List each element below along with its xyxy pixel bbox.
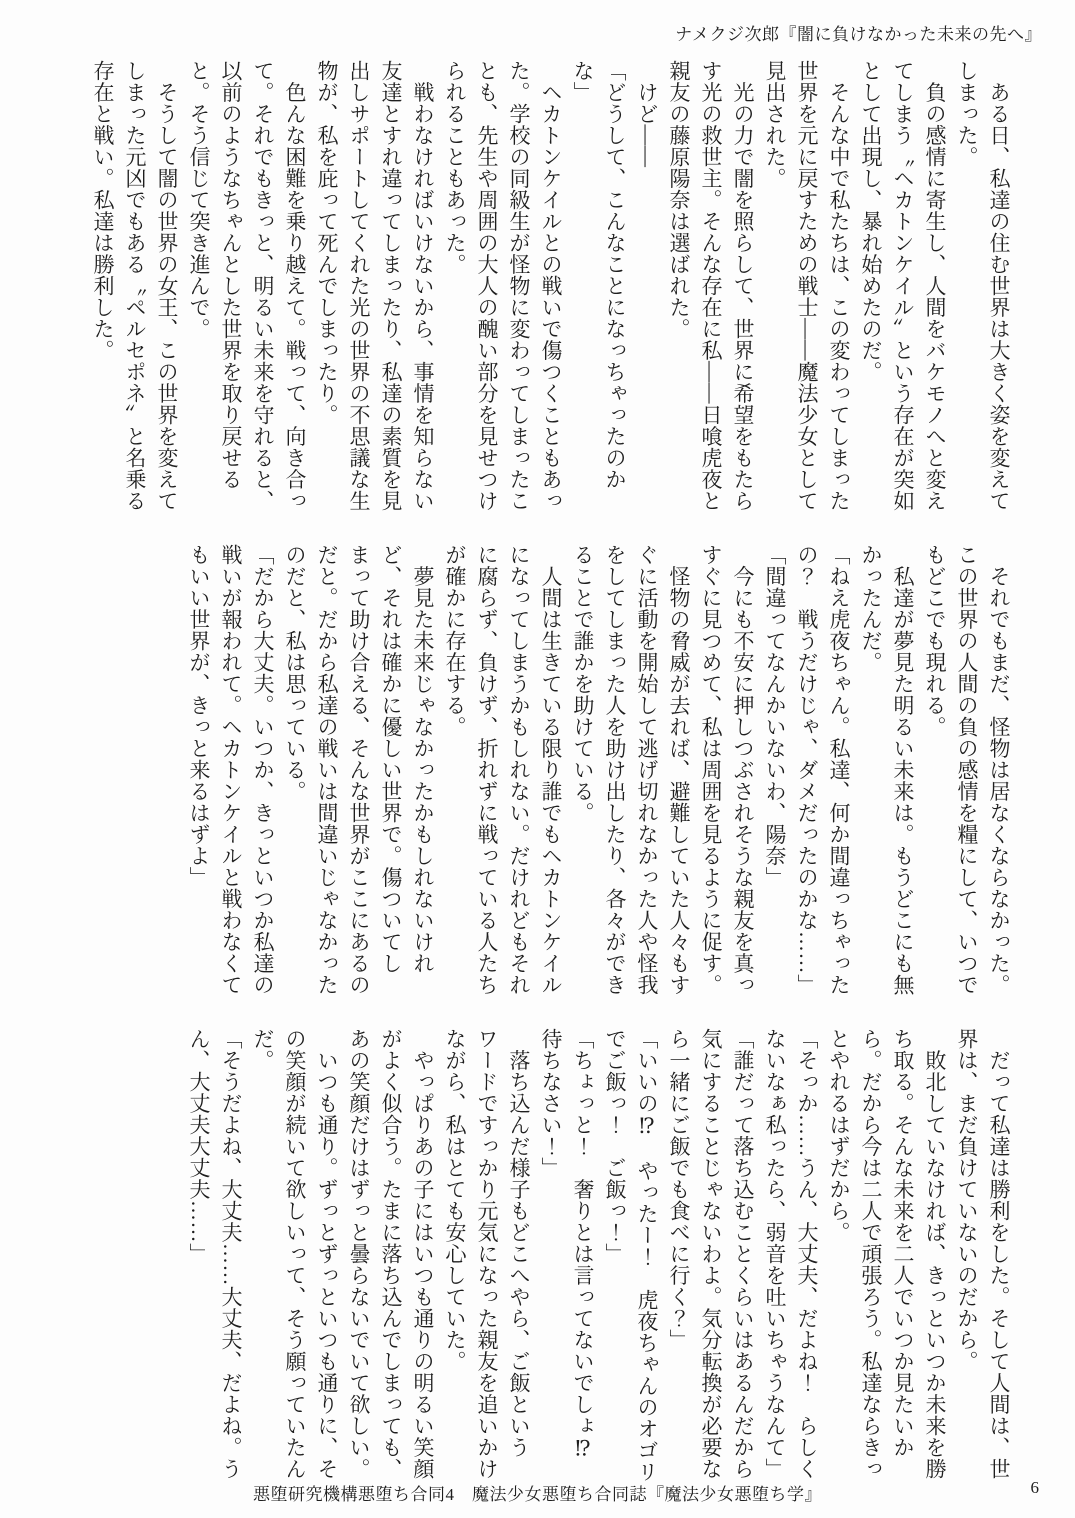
paragraph: それでもまだ、怪物は居なくならなかった。この世界の人間の負の感情を糧にして、いつ… <box>919 544 1015 1002</box>
paragraph: 「そうだよね、大丈夫……大丈夫、だよね。うん、大丈夫大丈夫……」 <box>183 1028 247 1486</box>
paragraph: 「間違ってなんかいないわ、陽奈」 <box>759 544 791 1002</box>
paragraph: 色んな困難を乗り越えて。戦って、向き合って。それでもきっと、明るい未来を守れると… <box>183 60 311 518</box>
paragraph: 私達が夢見た明るい未来は。もうどこにも無かったんだ。 <box>855 544 919 1002</box>
paragraph: けど―― <box>631 60 663 518</box>
paragraph: 夢見た未来じゃなかったかもしれないけれど、それは確かに優しい世界で。傷ついてしま… <box>279 544 439 1002</box>
paragraph: そんな中で私たちは、この変わってしまった世界を元に戻すための戦士――魔法少女とし… <box>759 60 855 518</box>
paragraph: 落ち込んだ様子もどこへやら、ご飯というワードですっかり元気になった親友を追いかけ… <box>439 1028 535 1486</box>
paragraph: 人間は生きている限り誰でもヘカトンケイルになってしまうかもしれない。だけれどもそ… <box>439 544 567 1002</box>
story-section-1: ある日、私達の住む世界は大きく姿を変えてしまった。 負の感情に寄生し、人間をバケ… <box>87 60 1015 518</box>
paragraph: 負の感情に寄生し、人間をバケモノへと変えてしまう〝ヘカトンケイル〟という存在が突… <box>855 60 951 518</box>
paragraph: 戦わなければいけないから、事情を知らない友達とすれ違ってしまったり、私達の素質を… <box>311 60 439 518</box>
paragraph: 光の力で闇を照らして、世界に希望をもたらす光の救世主。そんな存在に私――日喰虎夜… <box>663 60 759 518</box>
paragraph: 敗北していなければ、きっといつか未来を勝ち取る。そんな未来を二人でいつか見たいか… <box>823 1028 951 1486</box>
paragraph: 「どうして、こんなことになっちゃったのかな」 <box>567 60 631 518</box>
paragraph: ある日、私達の住む世界は大きく姿を変えてしまった。 <box>951 60 1015 518</box>
paragraph: いつも通り。ずっとずっといつも通りに、その笑顔が続いて欲しいって、そう願っていた… <box>247 1028 343 1486</box>
paragraph: 「だから大丈夫。いつか、きっといつか私達の戦いが報われて。ヘカトンケイルと戦わな… <box>183 544 279 1002</box>
paragraph: 「そっか……うん、大丈夫、だよね！ らしくないなぁ私ったら、弱音を吐いちゃうなん… <box>759 1028 823 1486</box>
story-section-3: だって私達は勝利をした。そして人間は、世界は、まだ負けていないのだから。 敗北し… <box>183 1028 1015 1486</box>
novel-page: ナメクジ次郎『闇に負けなかった未来の先へ』 ある日、私達の住む世界は大きく姿を変… <box>0 0 1075 1518</box>
story-section-2: それでもまだ、怪物は居なくならなかった。この世界の人間の負の感情を糧にして、いつ… <box>183 544 1015 1002</box>
footer-credit: 悪堕研究機構悪堕ち合同4 魔法少女悪堕ち合同誌『魔法少女悪堕ち学』 <box>0 1480 1075 1505</box>
paragraph: ヘカトンケイルとの戦いで傷つくこともあった。学校の同級生が怪物に変わってしまった… <box>439 60 567 518</box>
paragraph: 今にも不安に押しつぶされそうな親友を真っすぐに見つめて、私は周囲を見るように促す… <box>695 544 759 1002</box>
header-credit: ナメクジ次郎『闇に負けなかった未来の先へ』 <box>675 20 1042 45</box>
paragraph: 「誰だって落ち込むことくらいはあるんだから気にすることじゃないわよ。気分転換が必… <box>663 1028 759 1486</box>
paragraph: 「ちょっと！ 奢りとは言ってないでしょ⁉ 待ちなさい！」 <box>535 1028 599 1486</box>
paragraph: 「ねえ虎夜ちゃん。私達、何か間違っちゃったの？ 戦うだけじゃ、ダメだったのかな…… <box>791 544 855 1002</box>
paragraph: やっぱりあの子にはいつも通りの明るい笑顔がよく似合う。たまに落ち込んでしまっても… <box>343 1028 439 1486</box>
paragraph: そうして闇の世界の女王、この世界を変えてしまった元凶でもある〝ペルセポネ〟と名乗… <box>87 60 183 518</box>
paragraph: だって私達は勝利をした。そして人間は、世界は、まだ負けていないのだから。 <box>951 1028 1015 1486</box>
paragraph: 「いいの⁉ やったー！ 虎夜ちゃんのオゴリでご飯っ！ ご飯っ！」 <box>599 1028 663 1486</box>
paragraph: 怪物の脅威が去れば、避難していた人々もすぐに活動を開始して逃げ切れなかった人や怪… <box>567 544 695 1002</box>
page-number: 6 <box>1031 1478 1040 1498</box>
